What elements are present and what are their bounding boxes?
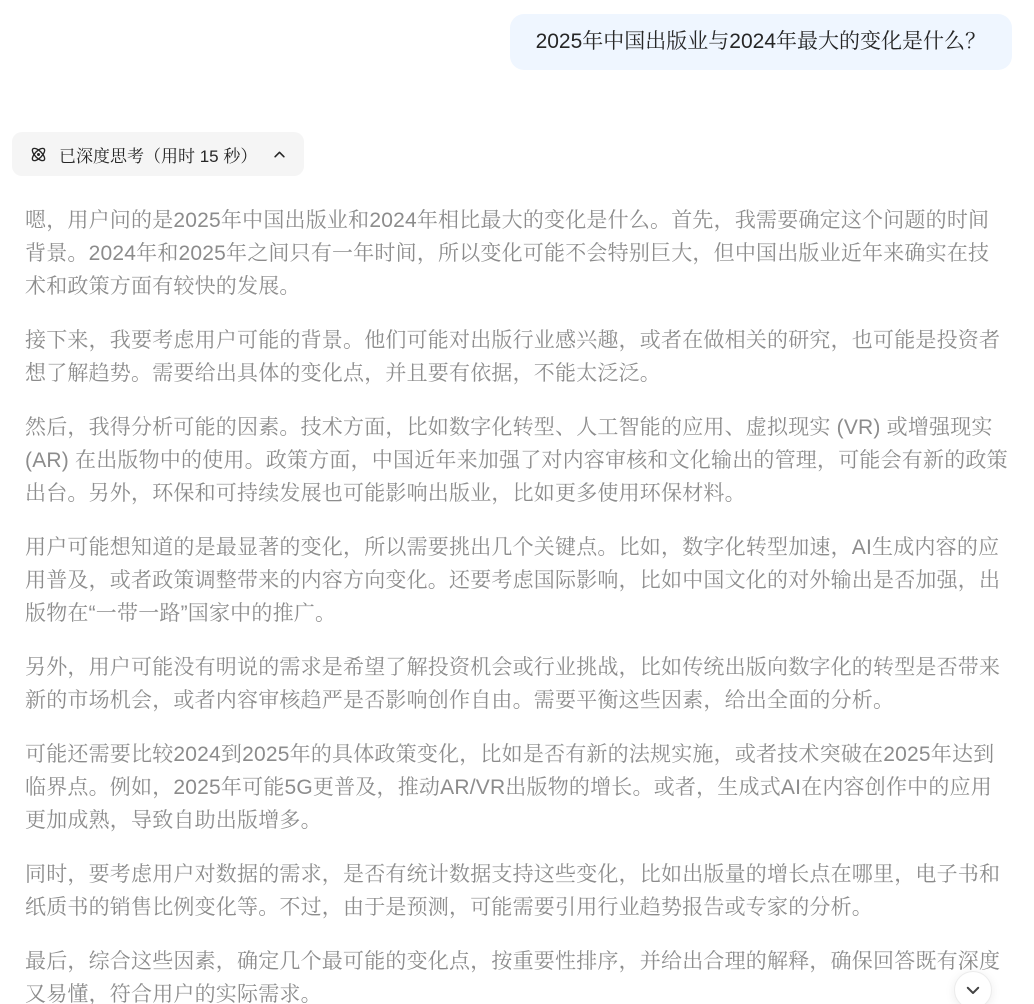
thinking-paragraph: 嗯，用户问的是2025年中国出版业和2024年相比最大的变化是什么。首先，我需要… (25, 204, 1010, 303)
thinking-content: 嗯，用户问的是2025年中国出版业和2024年相比最大的变化是什么。首先，我需要… (25, 204, 1010, 1004)
thinking-paragraph: 用户可能想知道的是最显著的变化，所以需要挑出几个关键点。比如，数字化转型加速，A… (25, 531, 1010, 630)
thinking-paragraph: 然后，我得分析可能的因素。技术方面，比如数字化转型、人工智能的应用、虚拟现实 (… (25, 411, 1010, 510)
thinking-paragraph: 最后，综合这些因素，确定几个最可能的变化点，按重要性排序，并给出合理的解释，确保… (25, 945, 1010, 1004)
user-message-text: 2025年中国出版业与2024年最大的变化是什么？ (536, 30, 986, 53)
chat-page: 2025年中国出版业与2024年最大的变化是什么？ 已深度思考（用时 15 秒）… (0, 0, 1034, 1004)
user-message-row: 2025年中国出版业与2024年最大的变化是什么？ (0, 0, 1034, 70)
thinking-paragraph: 另外，用户可能没有明说的需求是希望了解投资机会或行业挑战，比如传统出版向数字化的… (25, 651, 1010, 717)
scroll-to-bottom-button[interactable] (954, 971, 992, 1004)
thinking-paragraph: 同时，要考虑用户对数据的需求，是否有统计数据支持这些变化，比如出版量的增长点在哪… (25, 858, 1010, 924)
deep-thought-toggle-label: 已深度思考（用时 15 秒） (59, 142, 257, 167)
deep-thought-toggle[interactable]: 已深度思考（用时 15 秒） (12, 132, 304, 176)
chevron-up-icon (272, 147, 287, 162)
thinking-paragraph: 接下来，我要考虑用户可能的背景。他们可能对出版行业感兴趣，或者在做相关的研究，也… (25, 324, 1010, 390)
thinking-paragraph: 可能还需要比较2024到2025年的具体政策变化，比如是否有新的法规实施，或者技… (25, 738, 1010, 837)
deepthink-atom-icon (29, 145, 48, 164)
user-message-bubble: 2025年中国出版业与2024年最大的变化是什么？ (510, 14, 1012, 70)
chevron-down-icon (964, 981, 982, 999)
